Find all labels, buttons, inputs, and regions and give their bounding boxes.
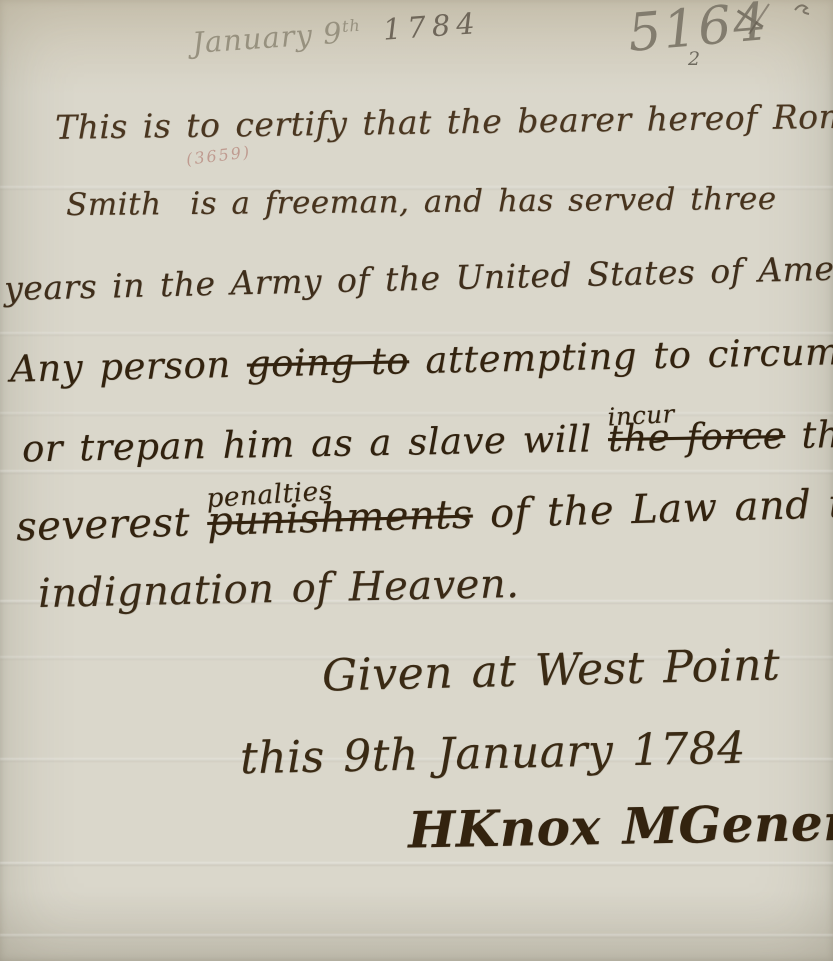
handwritten-text: severest: [16, 499, 208, 550]
handwritten-text: Any person: [10, 343, 248, 391]
handwritten-text: or trepan him as a slave will: [22, 417, 609, 470]
manuscript-line: this 9th January 1784: [240, 723, 747, 785]
pencil-date-ordinal: th: [341, 16, 361, 36]
handwritten-text: of the Law and the: [472, 480, 833, 538]
corner-pen-marks: [743, 0, 833, 40]
paper-bottom-tint: [0, 891, 833, 961]
handwritten-text: This is to certify that the bearer hereo…: [55, 96, 833, 147]
manuscript-line: Smith is a freeman, and has served three: [66, 181, 777, 223]
pencil-year-text: 1784: [382, 6, 482, 47]
paper-crease: [0, 862, 833, 866]
handwritten-text: this 9th January 1784: [240, 723, 747, 785]
paper-crease: [0, 934, 833, 938]
stamp-number: (3659): [185, 142, 252, 169]
handwritten-text: the: [785, 413, 833, 457]
handwritten-text: HKnox MGeneral.: [408, 792, 833, 860]
handwritten-text: attempting to circumvent: [409, 328, 833, 382]
manuscript-line: indignation of Heaven.: [38, 561, 520, 617]
manuscript-line: years in the Army of the United States o…: [4, 247, 833, 308]
manuscript-line: This is to certify that the bearer hereo…: [55, 96, 833, 147]
manuscript-line: Given at West Point: [321, 639, 780, 701]
manuscript-line: or trepan him as a slave will incurthe f…: [22, 413, 833, 471]
handwritten-text: Given at West Point: [321, 639, 780, 701]
struck-text: going to: [246, 339, 409, 385]
handwritten-text: indignation of Heaven.: [38, 561, 520, 617]
manuscript-line: Any person going to attempting to circum…: [10, 328, 833, 390]
manuscript-line: severest penaltiespunishments of the Law…: [16, 480, 833, 551]
paper-crease: [0, 470, 833, 474]
handwritten-text: Smith is a freeman, and has served three: [66, 181, 777, 223]
manuscript-line: HKnox MGeneral.: [408, 792, 833, 860]
catalog-submark: 2: [688, 48, 700, 70]
manuscript-page: January 9th1784 5164 2 (3659) This is to…: [0, 0, 833, 961]
handwritten-text: years in the Army of the United States o…: [4, 247, 833, 308]
